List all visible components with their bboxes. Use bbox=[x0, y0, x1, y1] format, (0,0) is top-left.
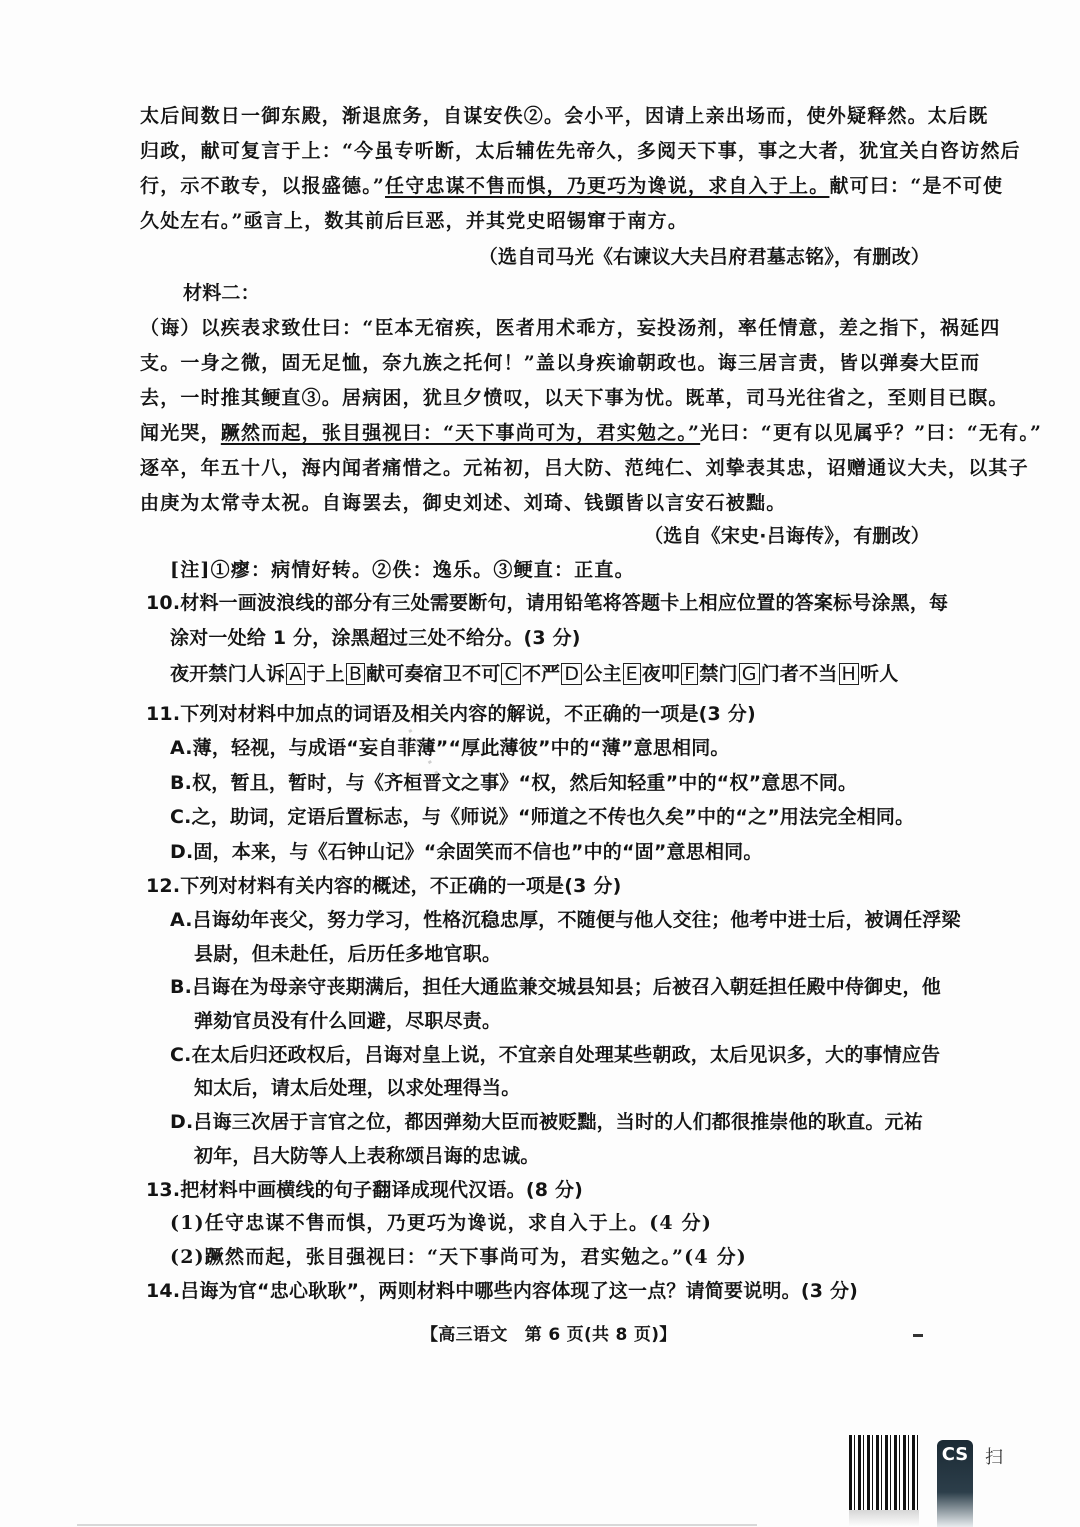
question-12-option-b-line-2: 弹劾官员没有什么回避，尽职尽责。 bbox=[194, 1009, 984, 1033]
question-11-option-d: D.固，本来，与《石钟山记》“余固笑而不信也”中的“固”意思相同。 bbox=[170, 840, 960, 864]
segment: 公主 bbox=[583, 663, 621, 685]
question-10-stem-1: 10.材料一画波浪线的部分有三处需要断句，请用铅笔将答题卡上相应位置的答案标号涂… bbox=[146, 591, 936, 615]
material-one-line-3: 行，示不敢专，以报盛德。”任守忠谋不售而惧，乃更巧为谗说，求自入于上。献可曰：“… bbox=[140, 174, 930, 198]
question-12-option-b-line-1: B.吕诲在为母亲守丧期满后，担任大通监兼交城县知县；后被召入朝廷担任殿中侍御史，… bbox=[170, 975, 960, 999]
material-two-line-2: 支。一身之微，固无足恤，奈九族之托何！”盖以身疾谕朝政也。诲三居言责，皆以弹奏大… bbox=[140, 351, 930, 375]
segment: 献可奏宿卫不可 bbox=[366, 663, 500, 685]
question-12-option-a-line-2: 县尉，但未赴任，后历任多地官职。 bbox=[194, 942, 984, 966]
material-one-line-1: 太后间数日一御东殿，渐退庶务，自谋安佚②。会小平，因请上亲出场而，使外疑释然。太… bbox=[140, 104, 930, 128]
material-two-line-4-head: 闻光哭， bbox=[140, 422, 221, 444]
page-footer: 【高三语文 第 6 页(共 8 页)】 bbox=[421, 1320, 677, 1345]
marker-e[interactable]: E bbox=[623, 663, 641, 685]
scanner-label-tail: 扫 bbox=[985, 1443, 1003, 1469]
marker-c[interactable]: C bbox=[501, 663, 520, 685]
footer-dash-mark bbox=[913, 1334, 923, 1337]
question-12-option-d-line-2: 初年，吕大防等人上表称颂吕诲的忠诚。 bbox=[194, 1144, 984, 1168]
material-one-line-3-tail: 献可曰：“是不可使 bbox=[829, 175, 1003, 197]
question-12-option-a-line-1: A.吕诲幼年丧父，努力学习，性格沉稳忠厚，不随便与他人交往；他考中进士后，被调任… bbox=[170, 908, 960, 932]
material-one-line-4: 久处左右。”亟言上，数其前后巨恶，并其党史昭锡窜于南方。 bbox=[140, 209, 930, 233]
question-12-option-d-line-1: D.吕诲三次居于言官之位，都因弹劾大臣而被贬黜，当时的人们都很推崇他的耿直。元祐 bbox=[170, 1110, 960, 1134]
material-two-line-1: （诲）以疾表求致仕曰：“臣本无宿疾，医者用术乖方，妄投汤剂，率任情意，差之指下，… bbox=[140, 316, 930, 340]
question-11-option-a: A.薄，轻视，与成语“妄自菲薄”“厚此薄彼”中的“薄”意思相同。 bbox=[170, 736, 960, 760]
annotation-notes: [注]①瘳：病情好转。②佚：逸乐。③鲠直：正直。 bbox=[170, 558, 960, 582]
marker-a[interactable]: A bbox=[286, 663, 305, 685]
marker-b[interactable]: B bbox=[346, 663, 365, 685]
question-12-option-c-line-2: 知太后，请太后处理，以求处理得当。 bbox=[194, 1076, 984, 1100]
material-two-line-3: 去，一时推其鲠直③。居病困，犹旦夕愤叹，以天下事为忧。既革，司马光往省之，至则目… bbox=[140, 386, 930, 410]
material-two-line-5: 逐卒，年五十八，海内闻者痛惜之。元祐初，吕大防、范纯仁、刘挚表其忠，诏赠通议大夫… bbox=[140, 456, 930, 480]
question-12-option-c-line-1: C.在太后归还政权后，吕诲对皇上说，不宜亲自处理某些朝政，太后见识多，大的事情应… bbox=[170, 1043, 960, 1067]
qr-code-icon[interactable] bbox=[849, 1435, 919, 1510]
segment: 夜开禁门人诉 bbox=[170, 663, 285, 685]
segment: 听人 bbox=[860, 663, 898, 685]
camscanner-logo-icon[interactable]: CS bbox=[937, 1440, 973, 1527]
question-11-stem: 11.下列对材料中加点的词语及相关内容的解说，不正确的一项是(3 分) bbox=[146, 702, 936, 726]
marker-g[interactable]: G bbox=[739, 663, 760, 685]
exam-page: ····· 太后间数日一御东殿，渐退庶务，自谋安佚②。会小平，因请上亲出场而，使… bbox=[0, 0, 1080, 1527]
segment: 夜叩 bbox=[642, 663, 680, 685]
segment: 门者不当 bbox=[761, 663, 838, 685]
question-10-stem-2: 涂对一处给 1 分，涂黑超过三处不给分。(3 分) bbox=[170, 626, 960, 650]
segment: 禁门 bbox=[699, 663, 737, 685]
question-10-sentence: 夜开禁门人诉A于上B献可奏宿卫不可C不严D公主E夜叩F禁门G门者不当H听人 bbox=[170, 662, 960, 686]
material-two-heading: 材料二： bbox=[183, 281, 973, 305]
segment: 不严 bbox=[522, 663, 560, 685]
camscanner-label: CS bbox=[942, 1444, 969, 1465]
segment: 于上 bbox=[306, 663, 344, 685]
question-13-stem: 13.把材料中画横线的句子翻译成现代汉语。(8 分) bbox=[146, 1178, 936, 1202]
material-one-line-3-head: 行，示不敢专，以报盛德。” bbox=[140, 175, 385, 197]
material-one-line-2: 归政，献可复言于上：“今虽专听断，太后辅佐先帝久，多阅天下事，事之大者，犹宜关白… bbox=[140, 139, 930, 163]
marker-h[interactable]: H bbox=[839, 663, 860, 685]
underlined-sentence-2: 蹶然而起，张目强视曰：“天下事尚可为，君实勉之。” bbox=[221, 422, 700, 444]
marker-f[interactable]: F bbox=[681, 663, 698, 685]
marker-d[interactable]: D bbox=[561, 663, 582, 685]
material-two-line-4-tail: 光曰：“更有以见属乎？”曰：“无有。” bbox=[700, 422, 1042, 444]
question-13-item-2: (2)蹶然而起，张目强视曰：“天下事尚可为，君实勉之。”(4 分) bbox=[170, 1245, 960, 1269]
underlined-sentence-1: 任守忠谋不售而惧，乃更巧为谗说，求自入于上。 bbox=[385, 175, 829, 197]
material-two-line-4: 闻光哭，蹶然而起，张目强视曰：“天下事尚可为，君实勉之。”光曰：“更有以见属乎？… bbox=[140, 421, 930, 445]
question-14-stem: 14.吕诲为官“忠心耿耿”，两则材料中哪些内容体现了这一点？请简要说明。(3 分… bbox=[146, 1279, 936, 1303]
material-two-source: （选自《宋史·吕诲传》，有删改） bbox=[140, 524, 930, 548]
question-11-option-c: C.之，助词，定语后置标志，与《师说》“师道之不传也久矣”中的“之”用法完全相同… bbox=[170, 805, 960, 829]
material-one-source: （选自司马光《右谏议大夫吕府君墓志铭》，有删改） bbox=[140, 245, 930, 269]
question-12-stem: 12.下列对材料有关内容的概述，不正确的一项是(3 分) bbox=[146, 874, 936, 898]
bottom-divider bbox=[77, 1524, 757, 1526]
material-two-line-6: 由庚为太常寺太祝。自诲罢去，御史刘述、刘琦、钱顗皆以言安石被黜。 bbox=[140, 491, 930, 515]
question-13-item-1: (1)任守忠谋不售而惧，乃更巧为谗说，求自入于上。(4 分) bbox=[170, 1211, 960, 1235]
question-11-option-b: B.权，暂且，暂时，与《齐桓晋文之事》“权，然后知轻重”中的“权”意思不同。 bbox=[170, 771, 960, 795]
